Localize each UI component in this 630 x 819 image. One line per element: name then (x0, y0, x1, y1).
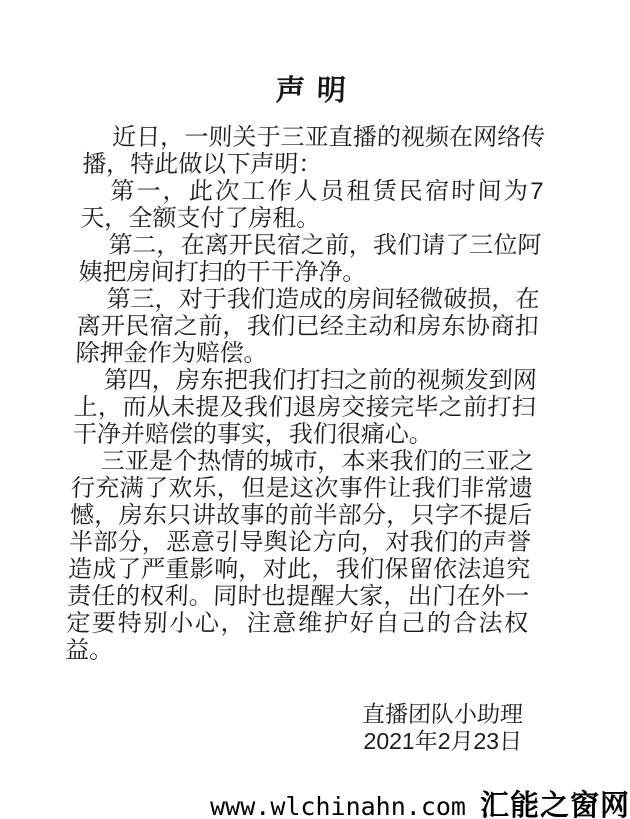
signature-block: 直播团队小助理 2021年2月23日 (62, 701, 526, 755)
statement-document: 声 明 近日，一则关于三亚直播的视频在网络传播，特此做以下声明： 第一，此次工作… (0, 0, 630, 819)
statement-paragraph-point-3: 第三，对于我们造成的房间轻微破损，在离开民宿之前，我们已经主动和房东协商扣除押金… (75, 286, 540, 367)
statement-paragraph-point-4: 第四，房东把我们打扫之前的视频发到网上，而从未提及我们退房交接完毕之前打扫干净并… (72, 367, 537, 448)
watermark: www.wlchinahn.com 汇能之窗网 (210, 783, 630, 819)
statement-paragraph-point-2: 第二，在离开民宿之前，我们请了三位阿姨把房间打扫的干干净净。 (78, 232, 542, 286)
statement-paragraph-point-1: 第一，此次工作人员租赁民宿时间为7天，全额支付了房租。 (80, 178, 544, 232)
signature-date: 2021年2月23日 (62, 728, 523, 755)
watermark-site-name: 汇能之窗网 (480, 783, 630, 819)
signature-name: 直播团队小助理 (63, 701, 524, 728)
document-title: 声 明 (0, 68, 628, 109)
photographed-paper: 声 明 近日，一则关于三亚直播的视频在网络传播，特此做以下声明： 第一，此次工作… (0, 0, 630, 819)
statement-paragraph-closing: 三亚是个热情的城市，本来我们的三亚之行充满了欢乐，但是这次事件让我们非常遗憾，房… (65, 448, 535, 664)
statement-paragraph-intro: 近日，一则关于三亚直播的视频在网络传播，特此做以下声明： (82, 124, 546, 178)
statement-body: 近日，一则关于三亚直播的视频在网络传播，特此做以下声明： 第一，此次工作人员租赁… (65, 124, 546, 664)
watermark-url: www.wlchinahn.com (210, 792, 466, 819)
